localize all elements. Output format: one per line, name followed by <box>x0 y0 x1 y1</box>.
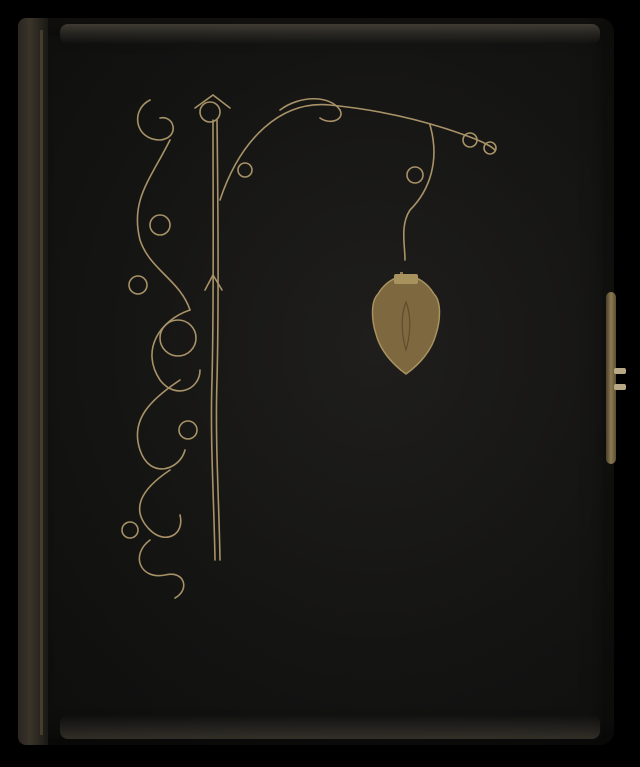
clasp-pin <box>614 384 626 390</box>
brass-clasp <box>606 292 616 464</box>
clasp-pin <box>614 368 626 374</box>
gilt-floral-ornament <box>0 0 640 767</box>
monogram-plaque <box>370 272 442 376</box>
